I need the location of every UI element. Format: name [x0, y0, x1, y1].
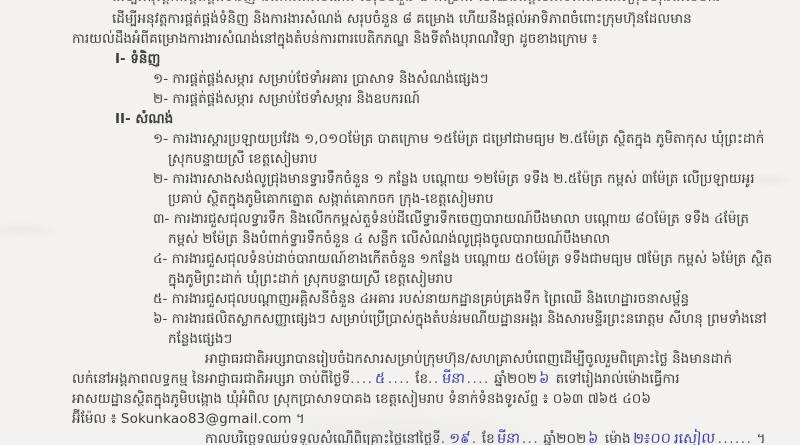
- section-ii-heading: II- សំណង់: [115, 109, 782, 129]
- scanned-document-page: ដើម្បីអនុវត្តការផ្គត់ផ្គង់ទំនិញ និងការងា…: [0, 0, 800, 445]
- handwritten-time-period: រសៀល: [672, 429, 719, 445]
- closing-line-2: លក់នៅអង្គភាពលទ្ធកម្ម នៃអាជ្ញាធរជាតិអប្សរ…: [72, 369, 782, 389]
- leader-dots: ..: [428, 371, 440, 387]
- construction-item-4: ៤- ការងារជួសជុលទំនប់ដាច់បារាយណ៍ខាងកើតចំន…: [168, 249, 782, 289]
- year-printed-prefix: ឆ្នាំ២០២: [543, 431, 586, 445]
- handwritten-year-digit: ៦: [586, 429, 602, 445]
- leader-dots: ....: [388, 371, 411, 387]
- construction-item-6: ៦- ការងារផលិតស្លាកសញ្ញាផ្សេងៗ សម្រាប់ប្រ…: [168, 309, 782, 349]
- construction-item-1: ១- ការងារស្ដារប្រឡាយប្រវែង ១,០១០ម៉ែត្រ ប…: [168, 129, 782, 169]
- year-printed-prefix: ឆ្នាំ២០២: [494, 371, 537, 387]
- goods-item-2: ២- ការផ្គត់ផ្គង់សម្ភារ សម្រាប់ថែទាំសម្ភា…: [168, 89, 782, 109]
- time-label: ម៉ោង: [605, 431, 631, 445]
- handwritten-start-day: ៥: [373, 369, 389, 389]
- closing-line-4-email: អ៊ីម៉ែល ៖ Sokunkao83@gmail.com ។: [72, 409, 782, 429]
- address-phone-text: អាសយដ្ឋានស្ថិតក្នុងភូមិបង្កោង ឃុំអំពិល ស…: [72, 391, 651, 407]
- construction-item-3: ៣- ការងារជួសជុលទ្វារទឹក និងលើកកម្ពស់តួទំ…: [168, 209, 782, 249]
- deadline-printed-start: កាលបរិច្ឆេទឈប់ទទួលសំណើពិគ្រោះថ្លៃនៅថ្ងៃទ…: [205, 431, 441, 445]
- handwritten-time: ២៖០០: [630, 429, 673, 445]
- handwritten-start-month: មីនា: [439, 369, 467, 389]
- handwritten-deadline-month: មីនា: [494, 429, 522, 445]
- cropped-previous-line: ដើម្បីអនុវត្តការផ្គត់ផ្គង់ទំនិញ និងការងា…: [72, 0, 782, 9]
- leader-dots: ....: [467, 371, 490, 387]
- deadline-line-end: ។: [757, 431, 766, 445]
- closing-line-2-printed-start: លក់នៅអង្គភាពលទ្ធកម្ម នៃអាជ្ញាធរជាតិអប្សរ…: [72, 371, 350, 387]
- leader-dots: ....: [350, 371, 373, 387]
- section-i-heading: I- ទំនិញ: [115, 49, 782, 69]
- handwritten-deadline-day: ១៩: [446, 429, 473, 445]
- email-address: Sokunkao83@gmail.com: [121, 411, 292, 427]
- construction-item-2: ២- ការងារសាងសង់លូជ្រុងមានទ្វារទឹកចំនួន ១…: [168, 169, 782, 209]
- leader-dots: ......: [718, 431, 753, 445]
- intro-line-2: ការយល់ដឹងអំពីគម្រោងការងារសំណង់នៅក្នុងតំប…: [72, 29, 782, 49]
- email-line-end: ។: [296, 411, 305, 427]
- closing-line-1-text: អាជ្ញាធរជាតិអប្សរាបានរៀបចំឯកសារសម្រាប់ក្…: [205, 351, 732, 367]
- month-label: ខែ: [415, 371, 428, 387]
- closing-line-1: អាជ្ញាធរជាតិអប្សរាបានរៀបចំឯកសារសម្រាប់ក្…: [205, 349, 782, 369]
- construction-item-5: ៥- ការងារជួសជុលបណ្ដាញអគ្គិសនីចំនួន ៤អគារ…: [168, 289, 782, 309]
- closing-line-5-deadline: កាលបរិច្ឆេទឈប់ទទួលសំណើពិគ្រោះថ្លៃនៅថ្ងៃទ…: [205, 429, 782, 445]
- email-label: អ៊ីម៉ែល ៖: [72, 411, 117, 427]
- closing-line-2-printed-end: តទៅរៀងរាល់ម៉ោងធ្វើការ: [556, 371, 680, 387]
- handwritten-year-digit: ៦: [536, 369, 552, 389]
- goods-item-1: ១- ការផ្គត់ផ្គង់សម្ភារ សម្រាប់ថែទាំអគារ …: [168, 69, 782, 89]
- closing-line-3-address-phone: អាសយដ្ឋានស្ថិតក្នុងភូមិបង្កោង ឃុំអំពិល ស…: [72, 389, 782, 409]
- leader-dots: ...: [522, 431, 539, 445]
- month-label: ខែ: [482, 431, 495, 445]
- cropped-line-text: ដើម្បីអនុវត្តការផ្គត់ផ្គង់ទំនិញ និងការងា…: [72, 0, 782, 7]
- intro-line-1: ដើម្បីអនុវត្តការផ្គត់ផ្គង់ទំនិញ និងការងា…: [72, 9, 782, 29]
